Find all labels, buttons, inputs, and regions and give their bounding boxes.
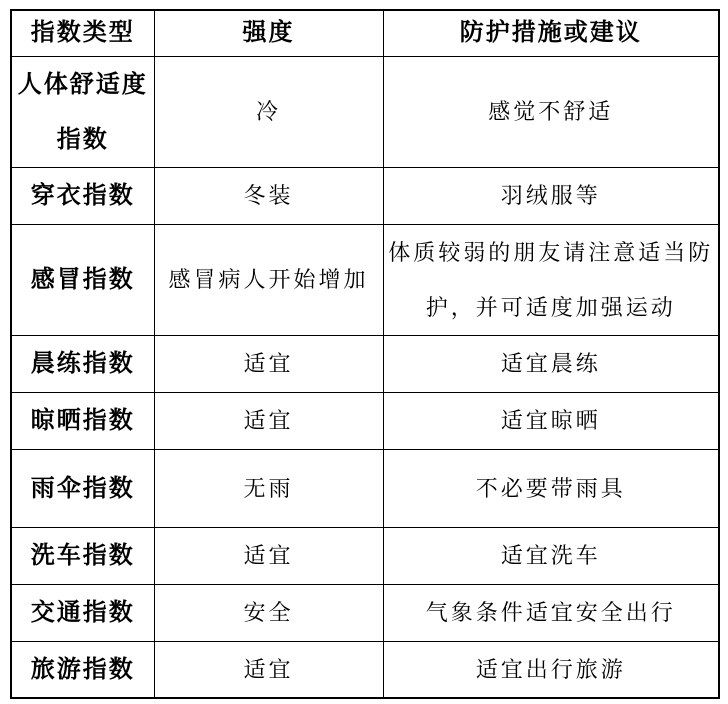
cell-index-type: 雨伞指数 bbox=[11, 449, 154, 527]
cell-intensity: 适宜 bbox=[154, 335, 383, 392]
cell-advice: 适宜晾晒 bbox=[383, 392, 719, 449]
cell-index-type: 洗车指数 bbox=[11, 527, 154, 584]
column-header-type: 指数类型 bbox=[11, 10, 154, 56]
table-row: 穿衣指数 冬装 羽绒服等 bbox=[11, 167, 719, 224]
cell-advice: 不必要带雨具 bbox=[383, 449, 719, 527]
table-row: 晨练指数 适宜 适宜晨练 bbox=[11, 335, 719, 392]
cell-index-type: 旅游指数 bbox=[11, 641, 154, 698]
cell-advice: 羽绒服等 bbox=[383, 167, 719, 224]
table-row: 旅游指数 适宜 适宜出行旅游 bbox=[11, 641, 719, 698]
cell-intensity: 冬装 bbox=[154, 167, 383, 224]
cell-intensity: 感冒病人开始增加 bbox=[154, 224, 383, 335]
cell-intensity: 安全 bbox=[154, 584, 383, 641]
document-page: 指数类型 强度 防护措施或建议 人体舒适度 指数 冷 感觉不舒适 穿衣指数 冬装… bbox=[0, 0, 728, 704]
cell-intensity: 冷 bbox=[154, 56, 383, 167]
column-header-intensity: 强度 bbox=[154, 10, 383, 56]
header-row: 指数类型 强度 防护措施或建议 bbox=[11, 10, 719, 56]
cell-advice: 感觉不舒适 bbox=[383, 56, 719, 167]
cell-index-type: 人体舒适度 指数 bbox=[11, 56, 154, 167]
life-index-table: 指数类型 强度 防护措施或建议 人体舒适度 指数 冷 感觉不舒适 穿衣指数 冬装… bbox=[10, 9, 720, 699]
cell-intensity: 适宜 bbox=[154, 641, 383, 698]
table-row: 感冒指数 感冒病人开始增加 体质较弱的朋友请注意适当防 护，并可适度加强运动 bbox=[11, 224, 719, 335]
cell-index-type: 感冒指数 bbox=[11, 224, 154, 335]
cell-index-type: 交通指数 bbox=[11, 584, 154, 641]
table-row: 洗车指数 适宜 适宜洗车 bbox=[11, 527, 719, 584]
cell-index-type: 晾晒指数 bbox=[11, 392, 154, 449]
cell-advice: 气象条件适宜安全出行 bbox=[383, 584, 719, 641]
cell-advice: 适宜洗车 bbox=[383, 527, 719, 584]
table-row: 雨伞指数 无雨 不必要带雨具 bbox=[11, 449, 719, 527]
column-header-advice: 防护措施或建议 bbox=[383, 10, 719, 56]
table-row: 晾晒指数 适宜 适宜晾晒 bbox=[11, 392, 719, 449]
cell-intensity: 适宜 bbox=[154, 527, 383, 584]
cell-advice: 体质较弱的朋友请注意适当防 护，并可适度加强运动 bbox=[383, 224, 719, 335]
cell-intensity: 无雨 bbox=[154, 449, 383, 527]
cell-advice: 适宜晨练 bbox=[383, 335, 719, 392]
table-row: 人体舒适度 指数 冷 感觉不舒适 bbox=[11, 56, 719, 167]
cell-index-type: 穿衣指数 bbox=[11, 167, 154, 224]
table-row: 交通指数 安全 气象条件适宜安全出行 bbox=[11, 584, 719, 641]
cell-index-type: 晨练指数 bbox=[11, 335, 154, 392]
cell-advice: 适宜出行旅游 bbox=[383, 641, 719, 698]
cell-intensity: 适宜 bbox=[154, 392, 383, 449]
